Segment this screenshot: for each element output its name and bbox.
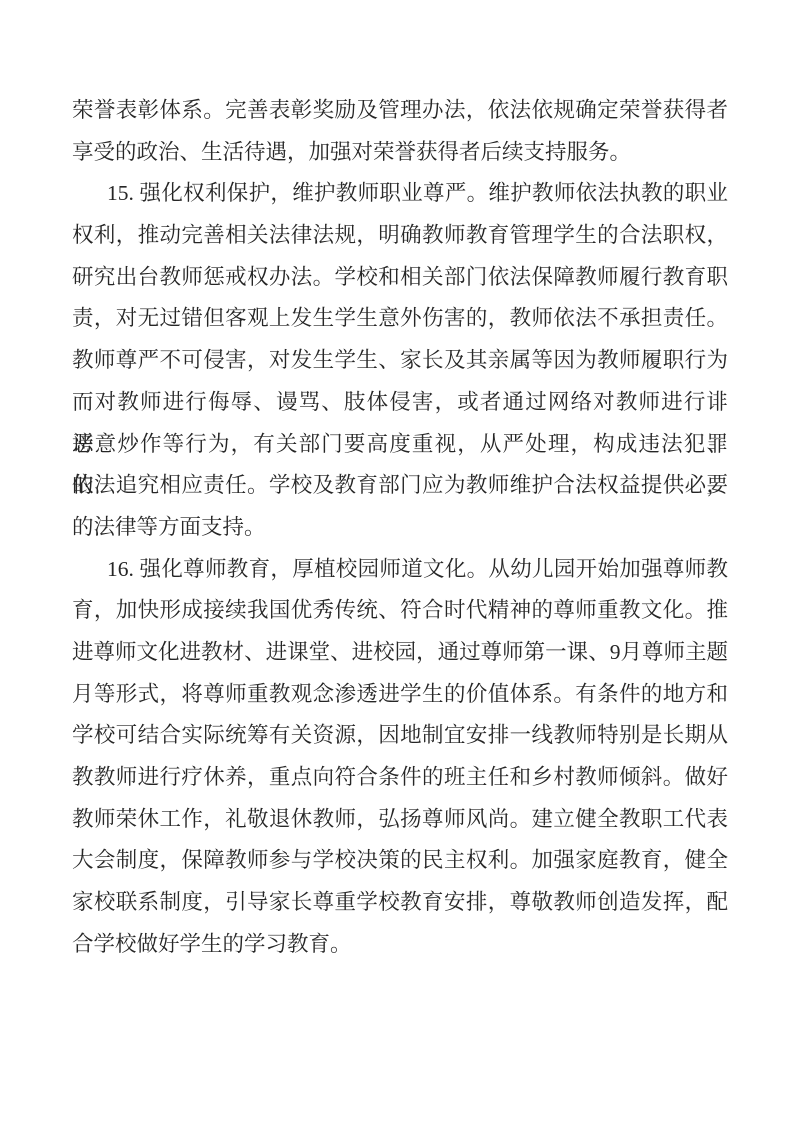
text-line: 16. 强化尊师教育，厚植校园师道文化。从幼儿园开始加强尊师教 — [72, 549, 728, 591]
text-line: 享受的政治、生活待遇，加强对荣誉获得者后续支持服务。 — [72, 132, 728, 174]
text-line: 月等形式，将尊师重教观念渗透进学生的价值体系。有条件的地方和 — [72, 674, 728, 716]
text-line: 学校可结合实际统筹有关资源，因地制宜安排一线教师特别是长期从 — [72, 715, 728, 757]
text-line: 15. 强化权利保护，维护教师职业尊严。维护教师依法执教的职业 — [72, 173, 728, 215]
text-line: 大会制度，保障教师参与学校决策的民主权利。加强家庭教育，健全 — [72, 840, 728, 882]
document-body: 荣誉表彰体系。完善表彰奖励及管理办法，依法依规确定荣誉获得者享受的政治、生活待遇… — [72, 90, 728, 965]
text-line: 的法律等方面支持。 — [72, 507, 728, 549]
text-line: 育，加快形成接续我国优秀传统、符合时代精神的尊师重教文化。推 — [72, 590, 728, 632]
text-line: 家校联系制度，引导家长尊重学校教育安排，尊敬教师创造发挥，配 — [72, 882, 728, 924]
text-line: 依法追究相应责任。学校及教育部门应为教师维护合法权益提供必要 — [72, 465, 728, 507]
text-line: 责，对无过错但客观上发生学生意外伤害的，教师依法不承担责任。 — [72, 298, 728, 340]
text-line: 教师尊严不可侵害，对发生学生、家长及其亲属等因为教师履职行为 — [72, 340, 728, 382]
text-line: 教师荣休工作，礼敬退休教师，弘扬尊师风尚。建立健全教职工代表 — [72, 799, 728, 841]
text-line: 荣誉表彰体系。完善表彰奖励及管理办法，依法依规确定荣誉获得者 — [72, 90, 728, 132]
text-line: 恶意炒作等行为，有关部门要高度重视，从严处理，构成违法犯罪的， — [72, 424, 728, 466]
text-line: 合学校做好学生的学习教育。 — [72, 924, 728, 966]
paragraph-item-15: 15. 强化权利保护，维护教师职业尊严。维护教师依法执教的职业权利，推动完善相关… — [72, 173, 728, 548]
text-line: 进尊师文化进教材、进课堂、进校园，通过尊师第一课、9月尊师主题 — [72, 632, 728, 674]
text-line: 教教师进行疗休养，重点向符合条件的班主任和乡村教师倾斜。做好 — [72, 757, 728, 799]
paragraph-item-16: 16. 强化尊师教育，厚植校园师道文化。从幼儿园开始加强尊师教育，加快形成接续我… — [72, 549, 728, 966]
text-line: 而对教师进行侮辱、谩骂、肢体侵害，或者通过网络对教师进行诽谤、 — [72, 382, 728, 424]
text-line: 研究出台教师惩戒权办法。学校和相关部门依法保障教师履行教育职 — [72, 257, 728, 299]
paragraph-honor-system-continuation: 荣誉表彰体系。完善表彰奖励及管理办法，依法依规确定荣誉获得者享受的政治、生活待遇… — [72, 90, 728, 173]
document-page: 荣誉表彰体系。完善表彰奖励及管理办法，依法依规确定荣誉获得者享受的政治、生活待遇… — [0, 0, 793, 1122]
text-line: 权利，推动完善相关法律法规，明确教师教育管理学生的合法职权， — [72, 215, 728, 257]
